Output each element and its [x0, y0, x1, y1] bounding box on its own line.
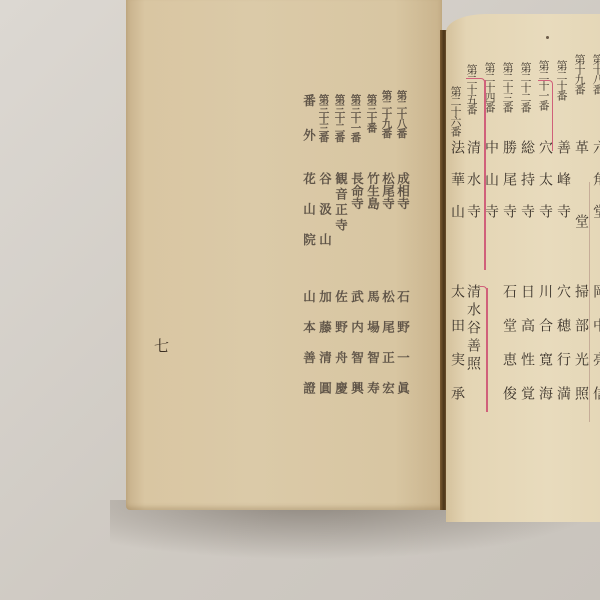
temple-name: 谷汲山: [318, 172, 331, 264]
entry-number: 第二十番: [556, 60, 567, 100]
temple-name: 成相寺: [396, 172, 409, 210]
temple-name: 花山院: [302, 172, 315, 264]
red-bracket-mark: [466, 78, 485, 87]
entry-number: 第三十一番: [350, 94, 361, 142]
priest-name: 岡中亮信: [592, 284, 600, 420]
entry-number: 第三十番: [366, 94, 377, 132]
temple-name: 竹生島: [366, 172, 379, 210]
entry-number: 第二十六番: [450, 86, 461, 136]
priest-name: 加藤清圓: [318, 290, 331, 412]
priest-name: 石堂恵俊: [502, 284, 516, 420]
priest-name: 清水谷善照: [466, 284, 480, 374]
temple-name: 観音正寺: [334, 172, 347, 234]
temple-name: 中山寺: [484, 140, 498, 236]
entry-number: 第三十三番: [318, 94, 329, 142]
temple-name: 松尾寺: [381, 172, 394, 210]
priest-name: 松尾正宏: [381, 290, 394, 412]
left-page: 七 第二十八番 成相寺 石野一眞 第二十九番 松尾寺 松尾正宏 第三十番 竹生島…: [126, 0, 442, 510]
priest-name: 掃部光照: [574, 284, 588, 420]
priest-name: 武内智興: [350, 290, 363, 412]
temple-name: 長命寺: [350, 172, 363, 210]
pencil-line: [589, 182, 590, 422]
page-number: 七: [154, 335, 169, 356]
entry-number: 第二十二番: [520, 62, 531, 112]
red-pencil-line: [486, 288, 488, 412]
entry-number: 第二十五番: [466, 64, 477, 114]
entry-number: 第二十八番: [396, 90, 407, 138]
temple-name: 法華山: [450, 140, 464, 236]
entry-number: 番外: [302, 94, 315, 163]
red-bracket-mark: [538, 80, 553, 151]
right-page: 第十八番 六角堂 岡中亮信 第十九番 革堂 掃部光照 第二十番 善峰寺 穴穂行満…: [446, 14, 600, 522]
temple-name: 革堂: [574, 140, 588, 288]
temple-name: 六角堂: [592, 140, 600, 236]
temple-name: 清水寺: [466, 140, 480, 236]
priest-name: 山本善證: [302, 290, 315, 412]
temple-name: 善峰寺: [556, 140, 570, 236]
priest-name: 石野一眞: [396, 290, 409, 412]
temple-name: 勝尾寺: [502, 140, 516, 236]
red-pencil-line: [484, 80, 486, 270]
entry-number: 第十九番: [574, 54, 585, 94]
priest-name: 馬場智寿: [366, 290, 379, 412]
entry-number: 第十八番: [592, 54, 600, 94]
entry-number: 第二十四番: [484, 62, 495, 112]
entry-number: 第三十二番: [334, 94, 345, 142]
entry-number: 第二十三番: [502, 62, 513, 112]
priest-name: 佐野舟慶: [334, 290, 347, 412]
priest-name: 太田実承: [450, 284, 464, 420]
priest-name: 日高性覚: [520, 284, 534, 420]
temple-name: 穴太寺: [538, 140, 552, 236]
priest-name: 穴穂行満: [556, 284, 570, 420]
priest-name: 川合寛海: [538, 284, 552, 420]
paper-spot: [546, 36, 549, 39]
entry-number: 第二十九番: [381, 90, 392, 138]
temple-name: 総持寺: [520, 140, 534, 236]
